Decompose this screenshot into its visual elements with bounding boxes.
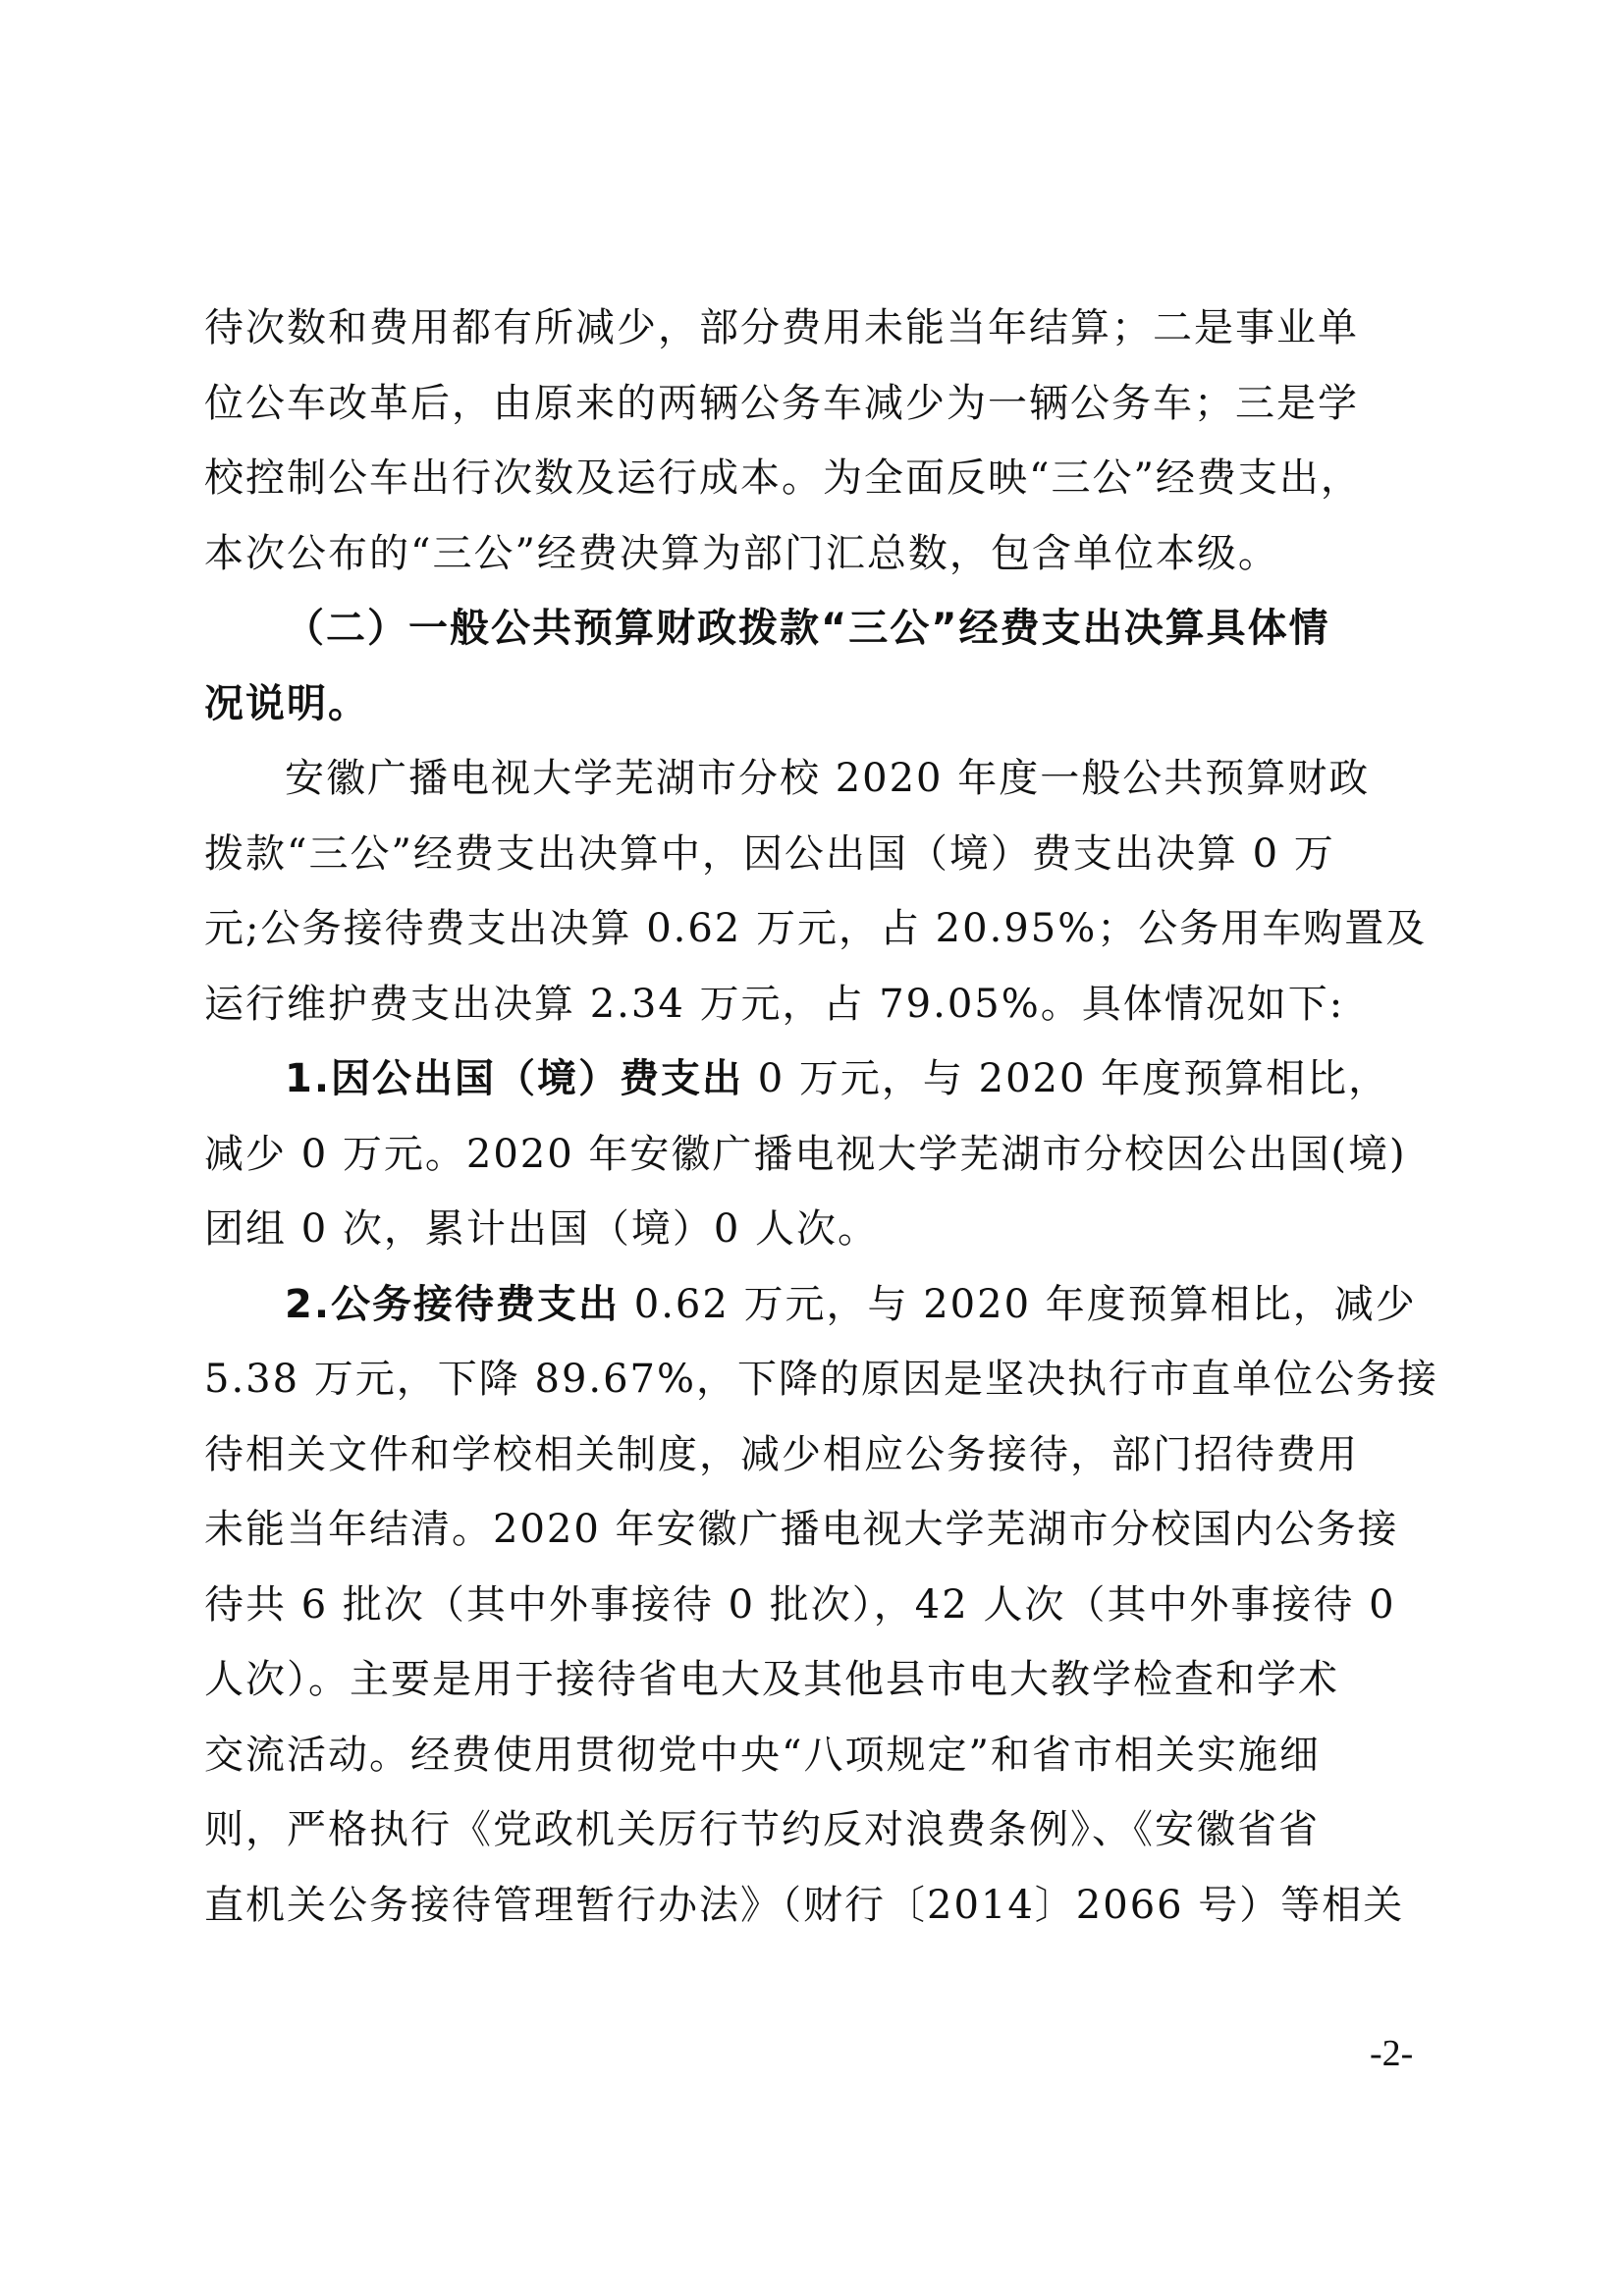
paragraph-line: 校控制公车出行次数及运行成本。为全面反映“三公”经费支出， [204,441,1427,516]
document-page: 待次数和费用都有所减少，部分费用未能当年结算；二是事业单 位公车改革后，由原来的… [0,0,1624,2296]
item2-line: 待相关文件和学校相关制度，减少相应公务接待，部门招待费用 [204,1417,1427,1493]
item2-line: 5.38 万元，下降 89.67%，下降的原因是坚决执行市直单位公务接 [204,1342,1427,1417]
summary-line: 安徽广播电视大学芜湖市分校 2020 年度一般公共预算财政 [204,741,1427,817]
item2-line: 交流活动。经费使用贯彻党中央“八项规定”和省市相关实施细 [204,1718,1427,1793]
item1-heading-line: 1.因公出国（境）费支出 0 万元，与 2020 年度预算相比， [204,1041,1427,1117]
item2-line: 未能当年结清。2020 年安徽广播电视大学芜湖市分校国内公务接 [204,1492,1427,1568]
item1-line: 减少 0 万元。2020 年安徽广播电视大学芜湖市分校因公出国(境) [204,1117,1427,1193]
paragraph-line: 待次数和费用都有所减少，部分费用未能当年结算；二是事业单 [204,291,1427,366]
item2-text: 0.62 万元，与 2020 年度预算相比，减少 [620,1282,1417,1327]
item1-text: 0 万元，与 2020 年度预算相比， [743,1056,1389,1101]
summary-line: 拨款“三公”经费支出决算中，因公出国（境）费支出决算 0 万 [204,817,1427,892]
item2-line: 直机关公务接待管理暂行办法》（财行〔2014〕2066 号）等相关 [204,1868,1427,1944]
page-number: -2- [1370,2032,1413,2075]
item2-line: 人次）。主要是用于接待省电大及其他县市电大教学检查和学术 [204,1642,1427,1718]
item2-line: 则，严格执行《党政机关厉行节约反对浪费条例》、《安徽省省 [204,1792,1427,1868]
section-heading: （二）一般公共预算财政拨款“三公”经费支出决算具体情 [204,591,1427,667]
item2-line: 待共 6 批次（其中外事接待 0 批次），42 人次（其中外事接待 0 [204,1568,1427,1643]
item2-heading-line: 2.公务接待费支出 0.62 万元，与 2020 年度预算相比，减少 [204,1267,1427,1343]
item1-label: 1.因公出国（境）费支出 [285,1056,743,1101]
item2-label: 2.公务接待费支出 [285,1282,620,1327]
item1-line: 团组 0 次，累计出国（境）0 人次。 [204,1192,1427,1267]
paragraph-line: 本次公布的“三公”经费决算为部门汇总数，包含单位本级。 [204,516,1427,592]
document-body: 待次数和费用都有所减少，部分费用未能当年结算；二是事业单 位公车改革后，由原来的… [204,291,1427,1943]
summary-line: 运行维护费支出决算 2.34 万元，占 79.05%。具体情况如下: [204,967,1427,1042]
paragraph-line: 位公车改革后，由原来的两辆公务车减少为一辆公务车；三是学 [204,366,1427,442]
section-heading-continued: 况说明。 [204,667,1427,742]
summary-line: 元;公务接待费支出决算 0.62 万元，占 20.95%；公务用车购置及 [204,891,1427,967]
